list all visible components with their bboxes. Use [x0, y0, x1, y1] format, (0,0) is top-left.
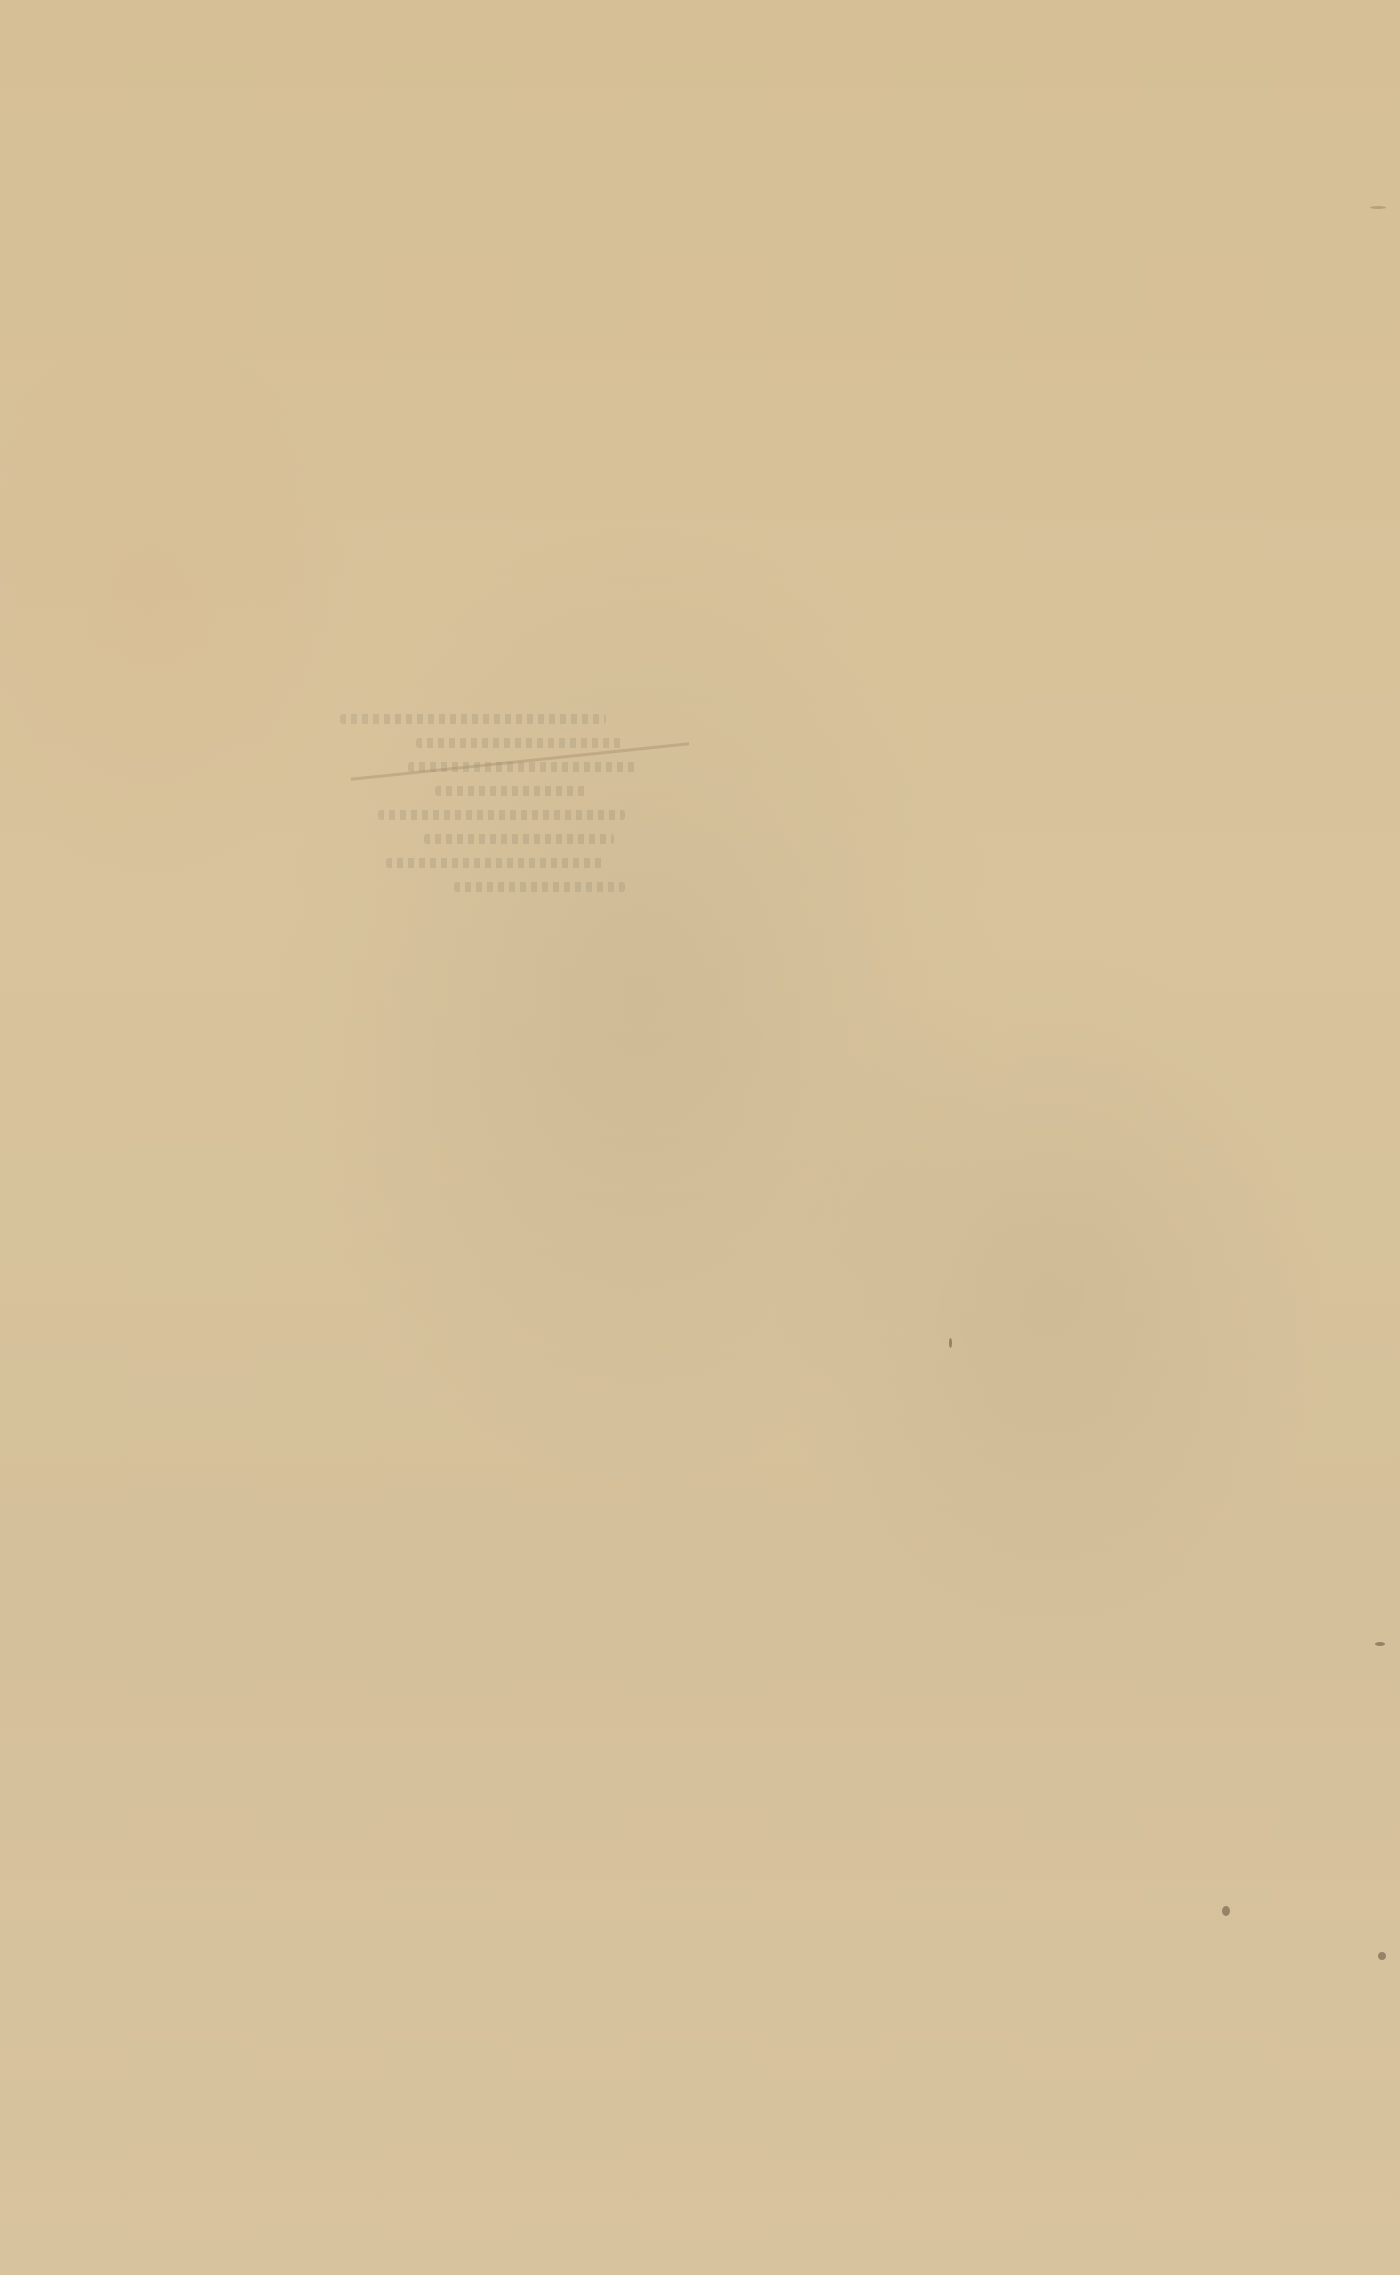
paper-speck: [1375, 1642, 1385, 1646]
paper-speck: [949, 1338, 952, 1348]
paper-speck: [1378, 1952, 1386, 1960]
blank-paper-page: [0, 0, 1400, 2275]
paper-speck: [1370, 206, 1386, 209]
paper-speck: [1222, 1906, 1230, 1916]
ink-show-through: [340, 700, 720, 1120]
